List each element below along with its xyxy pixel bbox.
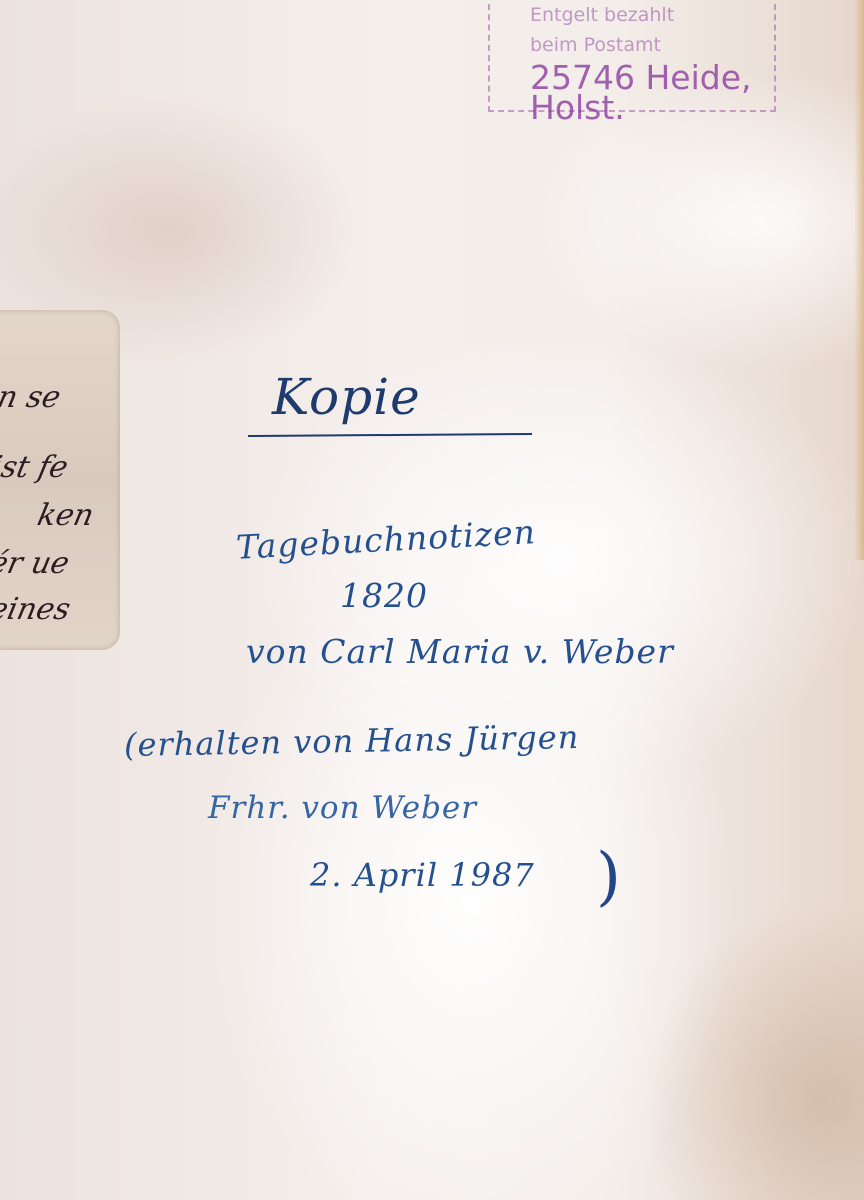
stamp-line-2: beim Postamt [530,30,774,60]
closing-parenthesis: ) [596,840,622,914]
postage-stamp: Entgelt bezahlt beim Postamt 25746 Heide… [488,0,776,112]
handwritten-date: 2. April 1987 [310,856,535,894]
document-title: Kopie [272,368,421,426]
window-text-line: ist fe [0,450,71,485]
handwritten-line-4: (erhalten von Hans Jürgen [124,718,580,764]
window-text-line: eines [0,592,74,627]
handwritten-year: 1820 [340,576,428,615]
window-text-line: ér ue [0,546,72,581]
stamp-line-1: Entgelt bezahlt [530,0,774,30]
stamp-line-3: 25746 Heide, Holst. [530,63,774,123]
envelope-edge [854,0,864,560]
handwritten-author: von Carl Maria v. Weber [246,632,674,671]
envelope-window: n se ist fe ken ér ue eines [0,310,120,650]
window-text-line: n se [0,380,64,415]
handwritten-line-5: Frhr. von Weber [208,790,477,826]
envelope-paper [0,0,864,1200]
window-text-line: ken [34,498,97,533]
